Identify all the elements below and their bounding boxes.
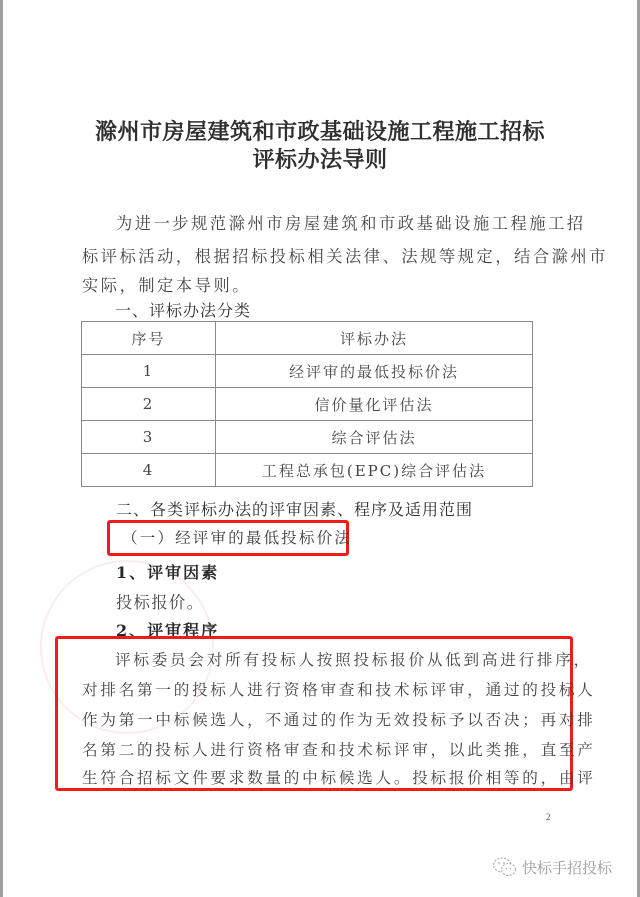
procedure-line-4: 名第二的投标人进行资格审查和技术标评审，以此类推，直至产 — [82, 738, 596, 760]
document-title-line2: 评标办法导则 — [0, 143, 640, 174]
table-header-row: 序号 评标办法 — [82, 322, 533, 355]
table-cell-no: 4 — [82, 454, 216, 487]
table-cell-method: 经评审的最低投标价法 — [216, 355, 533, 388]
procedure-line-1: 评标委员会对所有投标人按照投标报价从低到高进行排序， — [115, 648, 592, 670]
section1-heading: 一、评标办法分类 — [115, 298, 251, 321]
document-title-line1: 滁州市房屋建筑和市政基础设施工程施工招标 — [0, 115, 640, 146]
watermark: 快标手招投标 — [492, 856, 612, 878]
intro-line-1: 为进一步规范滁州市房屋建筑和市政基础设施工程施工招 — [116, 210, 586, 234]
table-row: 3 综合评估法 — [82, 421, 533, 454]
procedure-line-3: 作为第一中标候选人，不通过的作为无效投标予以否决；再对排 — [82, 708, 596, 730]
table-header-method: 评标办法 — [216, 322, 533, 355]
watermark-label: 快标手招投标 — [522, 857, 612, 878]
item1-heading: 1、评审因素 — [116, 560, 219, 583]
evaluation-methods-table: 序号 评标办法 1 经评审的最低投标价法 2 信价量化评估法 3 综合评估法 4… — [81, 321, 533, 487]
intro-line-3: 实际，制定本导则。 — [82, 272, 251, 296]
table-row: 1 经评审的最低投标价法 — [82, 355, 533, 388]
wechat-icon — [492, 856, 518, 878]
table-header-no: 序号 — [82, 322, 216, 355]
table-cell-no: 3 — [82, 421, 216, 454]
table-cell-method: 信价量化评估法 — [216, 388, 533, 421]
item1-text: 投标报价。 — [116, 589, 204, 613]
page-number: 2 — [546, 812, 551, 822]
subsection1-heading: （一）经评审的最低投标价法 — [122, 526, 352, 548]
table-cell-method: 工程总承包(EPC)综合评估法 — [216, 454, 533, 487]
procedure-line-5: 生符合招标文件要求数量的中标候选人。投标报价相等的，由评 — [82, 766, 596, 788]
intro-line-2: 标评标活动，根据招标投标相关法律、法规等规定，结合滁州市 — [82, 243, 608, 267]
procedure-line-2: 对排名第一的投标人进行资格审查和技术标评审，通过的投标人 — [82, 678, 596, 700]
table-cell-method: 综合评估法 — [216, 421, 533, 454]
section2-heading: 二、各类评标办法的评审因素、程序及适用范围 — [116, 497, 473, 520]
table-cell-no: 1 — [82, 355, 216, 388]
table-cell-no: 2 — [82, 388, 216, 421]
table-row: 4 工程总承包(EPC)综合评估法 — [82, 454, 533, 487]
table-row: 2 信价量化评估法 — [82, 388, 533, 421]
